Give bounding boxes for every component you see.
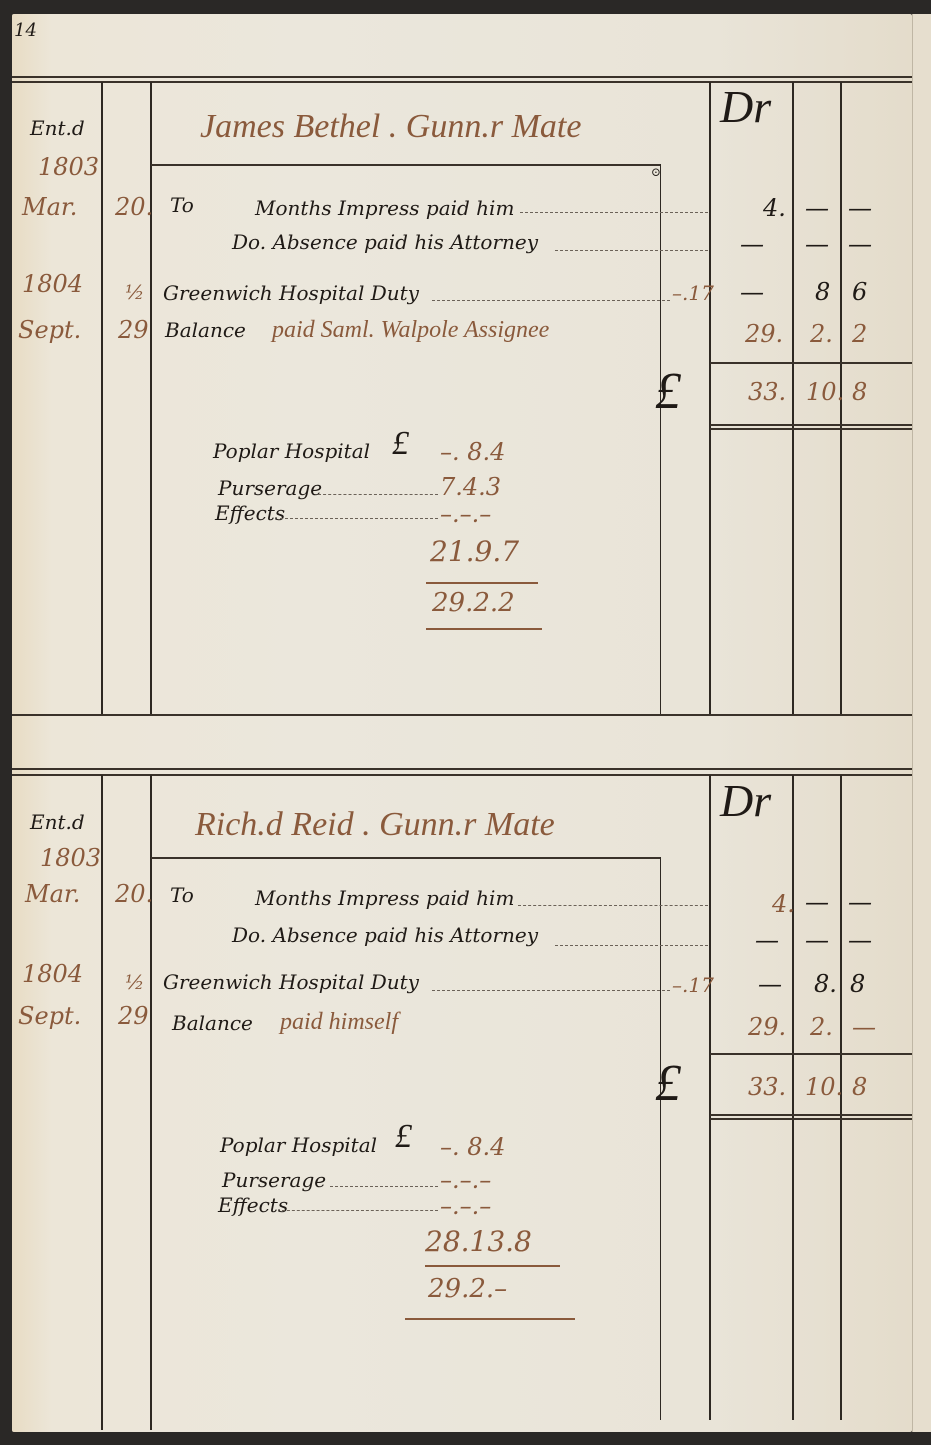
entry-description: Balance: [165, 320, 246, 340]
amount-pounds: 29.: [748, 1015, 786, 1039]
amount-pence: 2: [852, 322, 867, 346]
amount-pence: 6: [852, 280, 867, 304]
deduction-amount: –. 8.4: [440, 440, 505, 464]
entry-prefix: To: [170, 885, 194, 905]
entry-description: Greenwich Hospital Duty: [163, 972, 419, 992]
pound-symbol: £: [392, 427, 409, 461]
deduction-subtotal: 21.9.7: [430, 538, 519, 566]
total-rule-bottom-2: [710, 1118, 912, 1120]
deduction-amount: –.–.–: [440, 1194, 491, 1218]
amount-shillings: —: [805, 890, 829, 914]
pound-symbol: £: [655, 366, 681, 418]
entry-month: Sept.: [18, 318, 81, 342]
deduction-balance: 29.2.–: [428, 1276, 507, 1302]
amount-shillings: —: [805, 196, 829, 220]
pound-symbol: £: [395, 1120, 412, 1154]
column-rule-pounds: [709, 82, 711, 714]
entry-month: Mar.: [25, 882, 80, 906]
page-number: 14: [14, 22, 37, 40]
entry-label: Ent.d: [30, 812, 85, 832]
amount-shillings: 2.: [810, 322, 833, 346]
total-rule-bottom-2: [710, 428, 912, 430]
entry-description: Do. Absence paid his Attorney: [232, 925, 538, 945]
entry-prefix: To: [170, 195, 194, 215]
entry-year: 1803: [40, 846, 101, 870]
amount-shillings: 8: [815, 280, 830, 304]
leader-dots: [555, 250, 708, 251]
column-rule-day: [150, 775, 152, 1430]
column-rule-inner: [660, 857, 661, 1420]
balance-underline: [426, 628, 542, 630]
amount-pounds: —: [755, 928, 779, 952]
deduction-subtotal: 28.13.8: [425, 1228, 532, 1256]
amount-pounds: —: [758, 972, 782, 996]
amount-pence: —: [848, 928, 872, 952]
amount-pounds: 4.: [763, 196, 786, 220]
column-rule-shillings: [792, 775, 794, 1420]
total-pounds: 33.: [748, 380, 786, 404]
column-rule-date: [101, 775, 103, 1430]
leader-dots: [432, 300, 670, 301]
leader-dots: [282, 1210, 438, 1211]
entry-description: Greenwich Hospital Duty: [163, 283, 419, 303]
deduction-amount: –. 8.4: [440, 1135, 505, 1159]
entry-description: Months Impress paid him: [255, 888, 514, 908]
total-pence: 8: [852, 1075, 867, 1099]
amount-shillings: —: [805, 928, 829, 952]
amount-pence: —: [848, 232, 872, 256]
header-rule: [151, 164, 660, 166]
deduction-label: Purserage: [218, 478, 322, 498]
entry-day: 20.: [115, 882, 153, 906]
leader-dots: [318, 494, 438, 495]
leader-dots: [280, 518, 438, 519]
leader-dots: [555, 945, 708, 946]
top-rule-2: [12, 81, 912, 83]
deduction-label: Poplar Hospital: [220, 1135, 377, 1155]
pound-symbol: £: [655, 1058, 681, 1110]
account-name: Rich.d Reid . Gunn.r Mate: [195, 808, 555, 842]
amount-pounds: 4.: [772, 892, 795, 916]
amount-pounds: —: [740, 232, 764, 256]
entry-year: 1803: [38, 155, 99, 179]
total-rule-bottom-1: [710, 424, 912, 426]
column-rule-date: [101, 82, 103, 714]
subtotal-underline: [426, 582, 538, 584]
deduction-balance: 29.2.2: [432, 590, 515, 616]
top-rule-2: [12, 774, 912, 776]
amount-pence: 8: [850, 972, 865, 996]
subtotal-underline: [425, 1265, 560, 1267]
deduction-label: Effects: [215, 503, 285, 523]
total-pounds: 33.: [748, 1075, 786, 1099]
entry-label: Ent.d: [30, 118, 85, 138]
debit-header: Dr: [720, 84, 771, 130]
entry-month: Sept.: [18, 1004, 81, 1028]
entry-day-mark: ½: [125, 282, 144, 302]
entry-day: 29: [118, 318, 149, 342]
total-rule-top: [710, 362, 912, 364]
entry-description: Balance: [172, 1013, 253, 1033]
account-name: James Bethel . Gunn.r Mate: [200, 110, 581, 144]
amount-shillings: —: [805, 232, 829, 256]
deduction-amount: 7.4.3: [440, 475, 501, 499]
section-bottom-rule: [12, 714, 912, 716]
debit-header: Dr: [720, 778, 771, 824]
amount-pence: —: [848, 890, 872, 914]
page-edge: [912, 14, 931, 1432]
total-shillings: 10.: [805, 1075, 843, 1099]
entry-day: 29: [118, 1004, 149, 1028]
amount-shillings: 2.: [810, 1015, 833, 1039]
amount-inner-column: –.17: [672, 283, 714, 303]
total-rule-bottom-1: [710, 1114, 912, 1116]
total-pence: 8: [852, 380, 867, 404]
deduction-amount: –.–.–: [440, 502, 491, 526]
entry-day-mark: ½: [125, 972, 144, 992]
amount-pounds: —: [740, 280, 764, 304]
entry-day: 20.: [115, 195, 153, 219]
column-rule-pounds: [709, 775, 711, 1420]
entry-description: Do. Absence paid his Attorney: [232, 232, 538, 252]
entry-year: 1804: [22, 272, 83, 296]
entry-description: Months Impress paid him: [255, 198, 514, 218]
leader-dots: [330, 1186, 438, 1187]
top-rule-1: [12, 76, 912, 78]
leader-dots: [432, 990, 670, 991]
entry-note: paid himself: [280, 1010, 398, 1034]
balance-underline: [405, 1318, 575, 1320]
leader-dots: [520, 212, 708, 213]
header-rule: [151, 857, 660, 859]
total-rule-top: [710, 1053, 912, 1055]
leader-dots: [518, 905, 708, 906]
amount-shillings: 8.: [814, 972, 837, 996]
amount-pounds: 29.: [745, 322, 783, 346]
column-rule-inner: [660, 164, 661, 714]
amount-pence: —: [848, 196, 872, 220]
amount-pence: —: [852, 1015, 876, 1039]
entry-note: paid Saml. Walpole Assignee: [272, 318, 549, 342]
column-rule-shillings: [792, 82, 794, 714]
entry-month: Mar.: [22, 195, 77, 219]
ring-mark-icon: ⊙: [651, 166, 661, 178]
deduction-label: Poplar Hospital: [213, 441, 370, 461]
top-rule-1: [12, 768, 912, 770]
total-shillings: 10.: [806, 380, 844, 404]
deduction-label: Purserage: [222, 1170, 326, 1190]
entry-year: 1804: [22, 962, 83, 986]
deduction-label: Effects: [218, 1195, 288, 1215]
column-rule-day: [150, 82, 152, 714]
deduction-amount: –.–.–: [440, 1168, 491, 1192]
amount-inner-column: –.17: [672, 975, 714, 995]
